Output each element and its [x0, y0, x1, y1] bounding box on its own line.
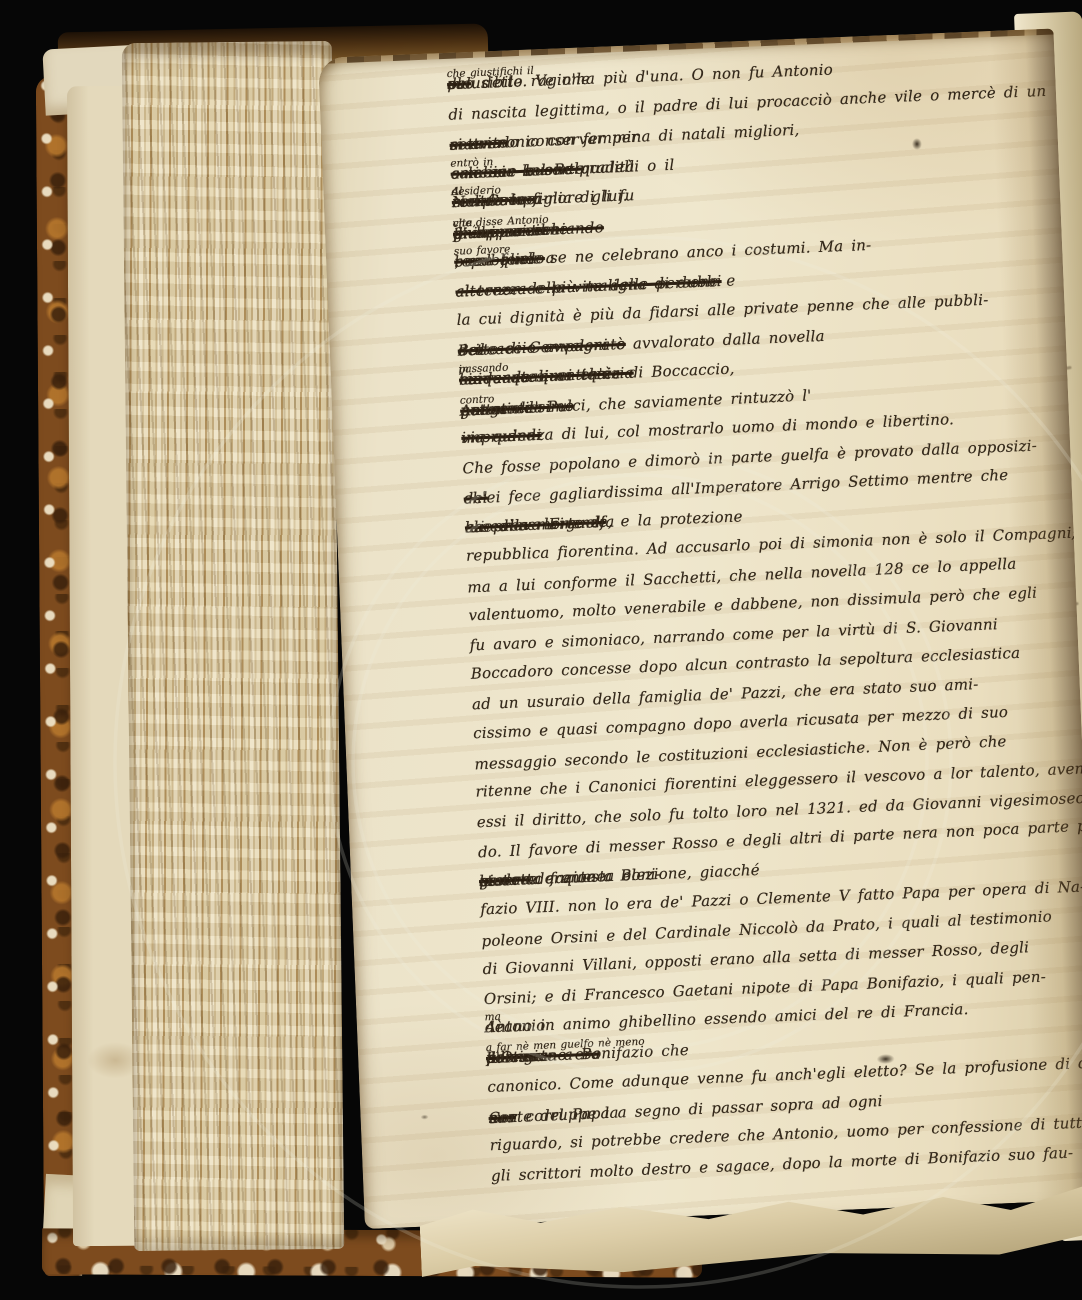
photograph-of-manuscript-book: plausibile ragione che giustifichi il de… [0, 0, 1082, 1300]
watermark-rings-overlay [0, 0, 1082, 1300]
